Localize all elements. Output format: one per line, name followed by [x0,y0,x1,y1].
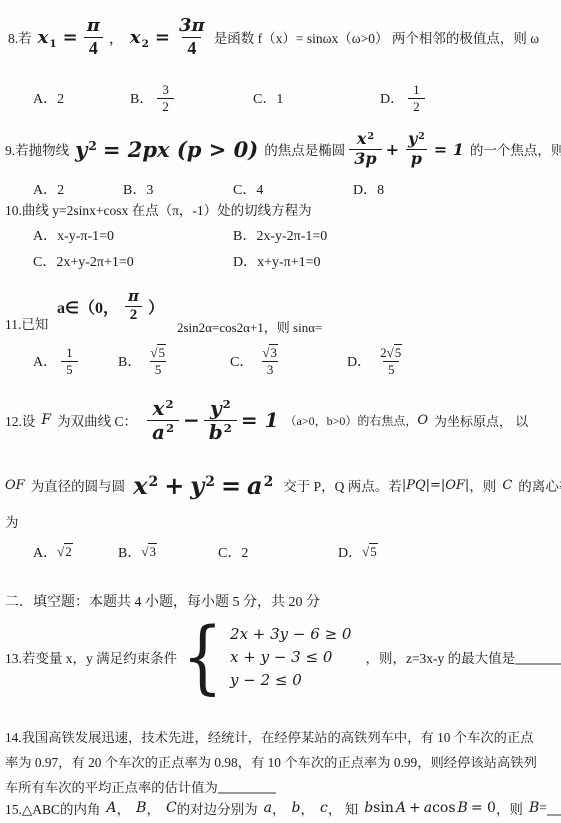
q8-eq1: = [63,27,78,48]
q12-frac2-y: y [210,396,222,420]
q13-answer-blank [515,650,561,665]
q13-constraint-3: y − 2 ≤ 0 [230,671,302,689]
q11-option-b: B． √5 5 [118,340,175,382]
q8-frac1-num: π [82,17,105,37]
q11-option-c-den: 3 [262,361,279,377]
q8-frac2-den: 4 [182,37,201,58]
q12-mid3: 为直径的圆与圆 [31,475,126,495]
q9-option-c: C．4 [233,180,263,198]
q12-line2-end: 的离心率 [518,475,561,495]
q8-option-a-text: A．2 [33,88,64,108]
q12-frac1-den: a2 [147,420,179,443]
q11-cond-den: 2 [125,306,143,324]
q15-math-cos: cos [432,800,455,816]
q12-frac2: y2 b2 [204,398,237,443]
q12-option-b-rad: 3 [148,543,157,559]
q9-option-b-text: B．3 [123,179,153,199]
exam-page: 8.若 x1 = π 4 ， x2 = 3π 4 是函数 f（x）= sinωx… [0,0,561,823]
q9-frac1-num: x2 [352,131,379,149]
q12-frac2-num: y2 [205,398,236,420]
q12-mid1: 为双曲线 C： [57,410,137,430]
q9-frac1-sup: 2 [367,131,373,142]
q14-answer-blank [218,779,276,794]
q13-constraint-system: 2x + 3y − 6 ≥ 0 x + y − 3 ≤ 0 y − 2 ≤ 0 [230,625,351,689]
q10-option-d: D．x+y-π+1=0 [233,252,321,270]
section2-header: 二．填空题：本题共 4 小题，每小题 5 分，共 20 分 [5,592,320,610]
q9-parabola-rest: = 2px (p > 0) [103,137,258,162]
q12-line2-mid: ，则 [469,475,496,495]
q15-prefix: 15.△ABC的内角 [5,798,101,818]
q11-cond-post: ） [148,295,164,318]
q8-frac-pi4: π 4 [82,17,105,58]
q9-frac2-num: y2 [403,131,430,149]
section2-header-text: 二．填空题：本题共 4 小题，每小题 5 分，共 20 分 [5,591,320,611]
q11-option-c-rad: 3 [269,344,278,360]
q8-stem-rest: 是函数 f（x）= sinωx（ω>0） 两个相邻的极值点，则 ω [214,27,539,47]
q12-option-b-label: B． [118,542,141,562]
q9-option-d: D．8 [353,180,384,198]
q15-stem: 15.△ABC的内角 A ， B ， C 的对边分别为 a ， b ， c ， … [5,798,561,818]
q11-stem-rest-text: 2sin2α=cos2α+1，则 sinα= [177,317,322,336]
q12-stem-line1: 12.设 F 为双曲线 C： x2 a2 − y2 b2 = 1 （a>0，b>… [5,390,528,450]
q8-x1-var: x1 [38,27,57,48]
q12-circle-x-var: x [133,471,147,500]
q12-frac1-num: x2 [148,398,179,420]
q9-frac1-den: 3p [349,149,381,168]
q9-frac2-sup: 2 [418,131,424,142]
q12-option-b-value: √3 [141,544,157,560]
q11-condition: a∈（0， π 2 ） [57,280,164,332]
q8-frac-3pi4: 3π 4 [174,17,210,58]
left-brace: { [182,621,223,693]
q11-option-d-rad: 5 [394,344,403,360]
q10-stem: 10.曲线 y=2sinx+cosx 在点（π，-1）处的切线方程为 [5,200,312,218]
q14-line3: 车所有车次的平均正点率的估计值为 [5,777,276,795]
q12-circle-a-var: a [247,471,263,500]
q8-option-d-frac: 1 2 [408,83,425,113]
q8-option-b: B． 3 2 [130,78,178,118]
q12-option-c: C．2 [218,540,248,564]
q12-circle-y-sup: 2 [205,474,215,490]
q15-math-B: B [458,800,468,816]
q12-mid2: （a>0，b>0）的右焦点， [285,412,418,429]
q9-option-a-text: A．2 [33,179,64,199]
q10-option-b: B．2x-y-2π-1=0 [233,226,327,244]
q12-frac2-ysup: 2 [223,397,231,411]
q12-option-d-label: D． [338,542,362,562]
q14-line2-text: 率为 0.97，有 20 个车次的正点率为 0.98，有 10 个车次的正点率为… [5,752,537,771]
q8-option-b-num: 3 [157,83,174,98]
q12-frac2-den: b2 [204,420,237,443]
q12-pq-of: |PQ|=|OF| [402,478,470,493]
q15-C: C [166,800,177,816]
q11-option-c-num: √3 [257,346,283,361]
q11-option-d-label: D． [347,351,371,371]
q8-option-d: D． 1 2 [380,78,429,118]
q10-option-b-text: B．2x-y-2π-1=0 [233,225,327,245]
q12-frac1-x: x [153,396,165,420]
q13-constraint-1: 2x + 3y − 6 ≥ 0 [230,625,351,643]
q13-prefix: 13.若变量 x，y 满足约束条件 [5,647,177,667]
q15-comma3: ， [272,798,286,818]
q15-math-A: A [396,800,406,816]
q14-line2: 率为 0.97，有 20 个车次的正点率为 0.98，有 10 个车次的正点率为… [5,752,537,770]
q15-math-sin: sin [373,800,394,816]
q8-frac2-num: 3π [174,17,210,37]
q12-frac2-b: b [209,420,223,444]
q9-number: 9.若抛物线 [5,139,69,159]
sqrt-icon: √ [387,345,394,360]
q11-option-c: C． √3 3 [230,340,287,382]
q8-number: 8.若 [8,27,32,47]
q11-option-a-frac: 1 5 [61,346,78,376]
q11-option-c-label: C． [230,351,253,371]
q8-option-d-label: D． [380,88,404,108]
q15-B2: B [529,800,539,816]
q12-circle-y-var: y [190,471,204,500]
q15-math-a: a [424,800,432,816]
q12-F: F [41,412,51,428]
q12-frac1-xsup: 2 [165,397,173,411]
q15-math-b: b [364,800,373,816]
q12-frac2-bsup: 2 [224,421,232,435]
q11-cond-frac: π 2 [123,289,144,324]
q10-option-c: C．2x+y-2π+1=0 [33,252,134,270]
q15-answer-blank [547,801,561,816]
q8-option-b-label: B． [130,88,153,108]
q11-option-d-num: 2√5 [375,346,407,361]
q13-suffix: ，则，z=3x-y 的最大值是 [365,647,515,667]
q8-option-a: A．2 [33,78,64,118]
q15-b: b [292,800,301,816]
q9-eq1: = 1 [434,140,464,159]
q9-option-b: B．3 [123,180,153,198]
q15-math-plus: + [409,800,421,816]
q8-option-c-text: C．1 [253,88,283,108]
q8-option-b-den: 2 [157,98,174,114]
q12-circle-y: y2 [190,471,215,500]
q11-option-d: D． 2√5 5 [347,340,411,382]
q15-mid2: ， 知 [328,798,358,818]
q10-stem-text: 10.曲线 y=2sinx+cosx 在点（π，-1）处的切线方程为 [5,199,312,219]
q11-option-a-num: 1 [61,346,78,361]
q12-option-d: D． √5 [338,540,378,564]
q12-frac1: x2 a2 [147,398,179,443]
q11-option-d-frac: 2√5 5 [375,346,407,376]
q15-B: B [136,800,146,816]
q9-frac1-x: x [357,129,367,148]
q12-circle-a: a2 [247,471,273,500]
q15-eq2: = [539,800,547,816]
q12-frac1-a: a [152,420,165,444]
q12-O: O [417,413,428,428]
q14-line1-text: 14.我国高铁发展迅速，技术先进，经统计，在经停某站的高铁列车中，有 10 个车… [5,727,534,746]
q15-mid: 的对边分别为 [177,798,258,818]
q12-minus: − [183,408,200,432]
q8-stem: 8.若 x1 = π 4 ， x2 = 3π 4 是函数 f（x）= sinωx… [8,8,539,66]
q8-x1: x [38,27,49,48]
q9-option-c-text: C．4 [233,179,263,199]
q12-frac1-asup: 2 [166,421,174,435]
q12-OF: OF [5,478,25,493]
q15-comma1: ， [117,798,131,818]
q8-x2-sub: 2 [142,38,149,50]
q15-a: a [264,800,272,816]
q11-cond-pre: a∈（0， [57,295,119,318]
q9-frac2-den: p [406,149,427,168]
q12-option-d-rad: 5 [369,543,378,559]
q12-option-a-value: √2 [57,544,73,560]
q9-ellipse-frac1: x2 3p [349,131,381,168]
q11-number: 11.已知 [5,314,48,332]
q11-option-a-label: A． [33,351,57,371]
q8-x2-var: x2 [130,27,149,48]
q10-option-c-text: C．2x+y-2π+1=0 [33,251,134,271]
q15-end: ，则 [496,798,523,818]
q15-A: A [107,800,117,816]
q12-option-a-label: A． [33,542,57,562]
q11-option-c-frac: √3 3 [257,346,283,376]
q9-stem: 9.若抛物线 y2 = 2px (p > 0) 的焦点是椭圆 x2 3p + y… [5,120,561,178]
q12-stem-line3: 为 [5,512,19,530]
q12-circle-x: x2 [133,471,158,500]
q11-option-b-num: √5 [145,346,171,361]
q12-circle-plus: + [164,471,184,500]
q12-number: 12.设 [5,410,35,430]
q14-line1: 14.我国高铁发展迅速，技术先进，经统计，在经停某站的高铁列车中，有 10 个车… [5,727,534,745]
q9-mid: 的焦点是椭圆 [264,139,345,159]
q12-option-c-text: C．2 [218,542,248,562]
q9-parabola-y: y [75,137,87,162]
q12-line2-pre: 交于 P，Q 两点。若 [283,475,402,495]
q12-line1-end: 为坐标原点， 以 [434,411,528,430]
q12-eq1: = 1 [241,408,279,432]
q11-option-b-den: 5 [150,361,167,377]
q11-option-b-frac: √5 5 [145,346,171,376]
q10-option-d-text: D．x+y-π+1=0 [233,251,321,271]
q8-x2: x [130,27,141,48]
q9-option-a: A．2 [33,180,64,198]
q9-suffix: 的一个焦点，则 p= [470,139,561,159]
q15-c: c [320,800,328,816]
q8-option-b-frac: 3 2 [157,83,174,113]
q9-frac2-y: y [408,129,417,148]
q12-C: C [502,478,512,493]
q10-option-a: A．x-y-π-1=0 [33,226,114,244]
q8-option-d-den: 2 [408,98,425,114]
q9-parabola-sup: 2 [88,139,96,153]
q9-option-d-text: D．8 [353,179,384,199]
q11-option-a-den: 5 [61,361,78,377]
q12-line3-text: 为 [5,511,19,531]
q9-ellipse-frac2: y2 p [403,131,430,168]
q8-frac1-den: 4 [84,37,103,58]
q12-option-a: A． √2 [33,540,73,564]
q11-option-d-den: 5 [383,361,400,377]
q14-line3-text: 车所有车次的平均正点率的估计值为 [5,777,218,796]
q11-number-text: 11.已知 [5,313,48,333]
q12-option-d-value: √5 [362,544,378,560]
q12-stem-line2: OF 为直径的圆与圆 x2 + y2 = a2 交于 P，Q 两点。若 |PQ|… [5,460,561,510]
q8-option-c: C．1 [253,78,283,118]
q12-option-a-rad: 2 [64,543,73,559]
q12-circle-a-sup: 2 [264,474,274,490]
q15-comma2: ， [146,798,160,818]
q15-comma4: ， [300,798,314,818]
q12-option-b: B． √3 [118,540,157,564]
q8-x1-sub: 1 [49,38,56,50]
q8-eq2: = [155,27,170,48]
q15-math-eq: = 0 [471,800,496,816]
q9-plus: + [386,140,399,159]
q11-option-b-rad: 5 [157,344,166,360]
q8-comma: ， [109,27,124,48]
q12-circle-eq: = [221,471,241,500]
q9-parabola: y2 [75,137,97,162]
q11-stem-rest: 2sin2α=cos2α+1，则 sinα= [177,317,322,335]
q13-constraint-2: x + y − 3 ≤ 0 [230,648,332,666]
q12-circle-x-sup: 2 [149,474,159,490]
q11-cond-num: π [123,289,144,306]
q10-option-a-text: A．x-y-π-1=0 [33,225,114,245]
q11-option-b-label: B． [118,351,141,371]
q11-option-a: A． 1 5 [33,340,82,382]
q8-option-d-num: 1 [408,83,425,98]
q13-stem: 13.若变量 x，y 满足约束条件 { 2x + 3y − 6 ≥ 0 x + … [5,616,561,698]
